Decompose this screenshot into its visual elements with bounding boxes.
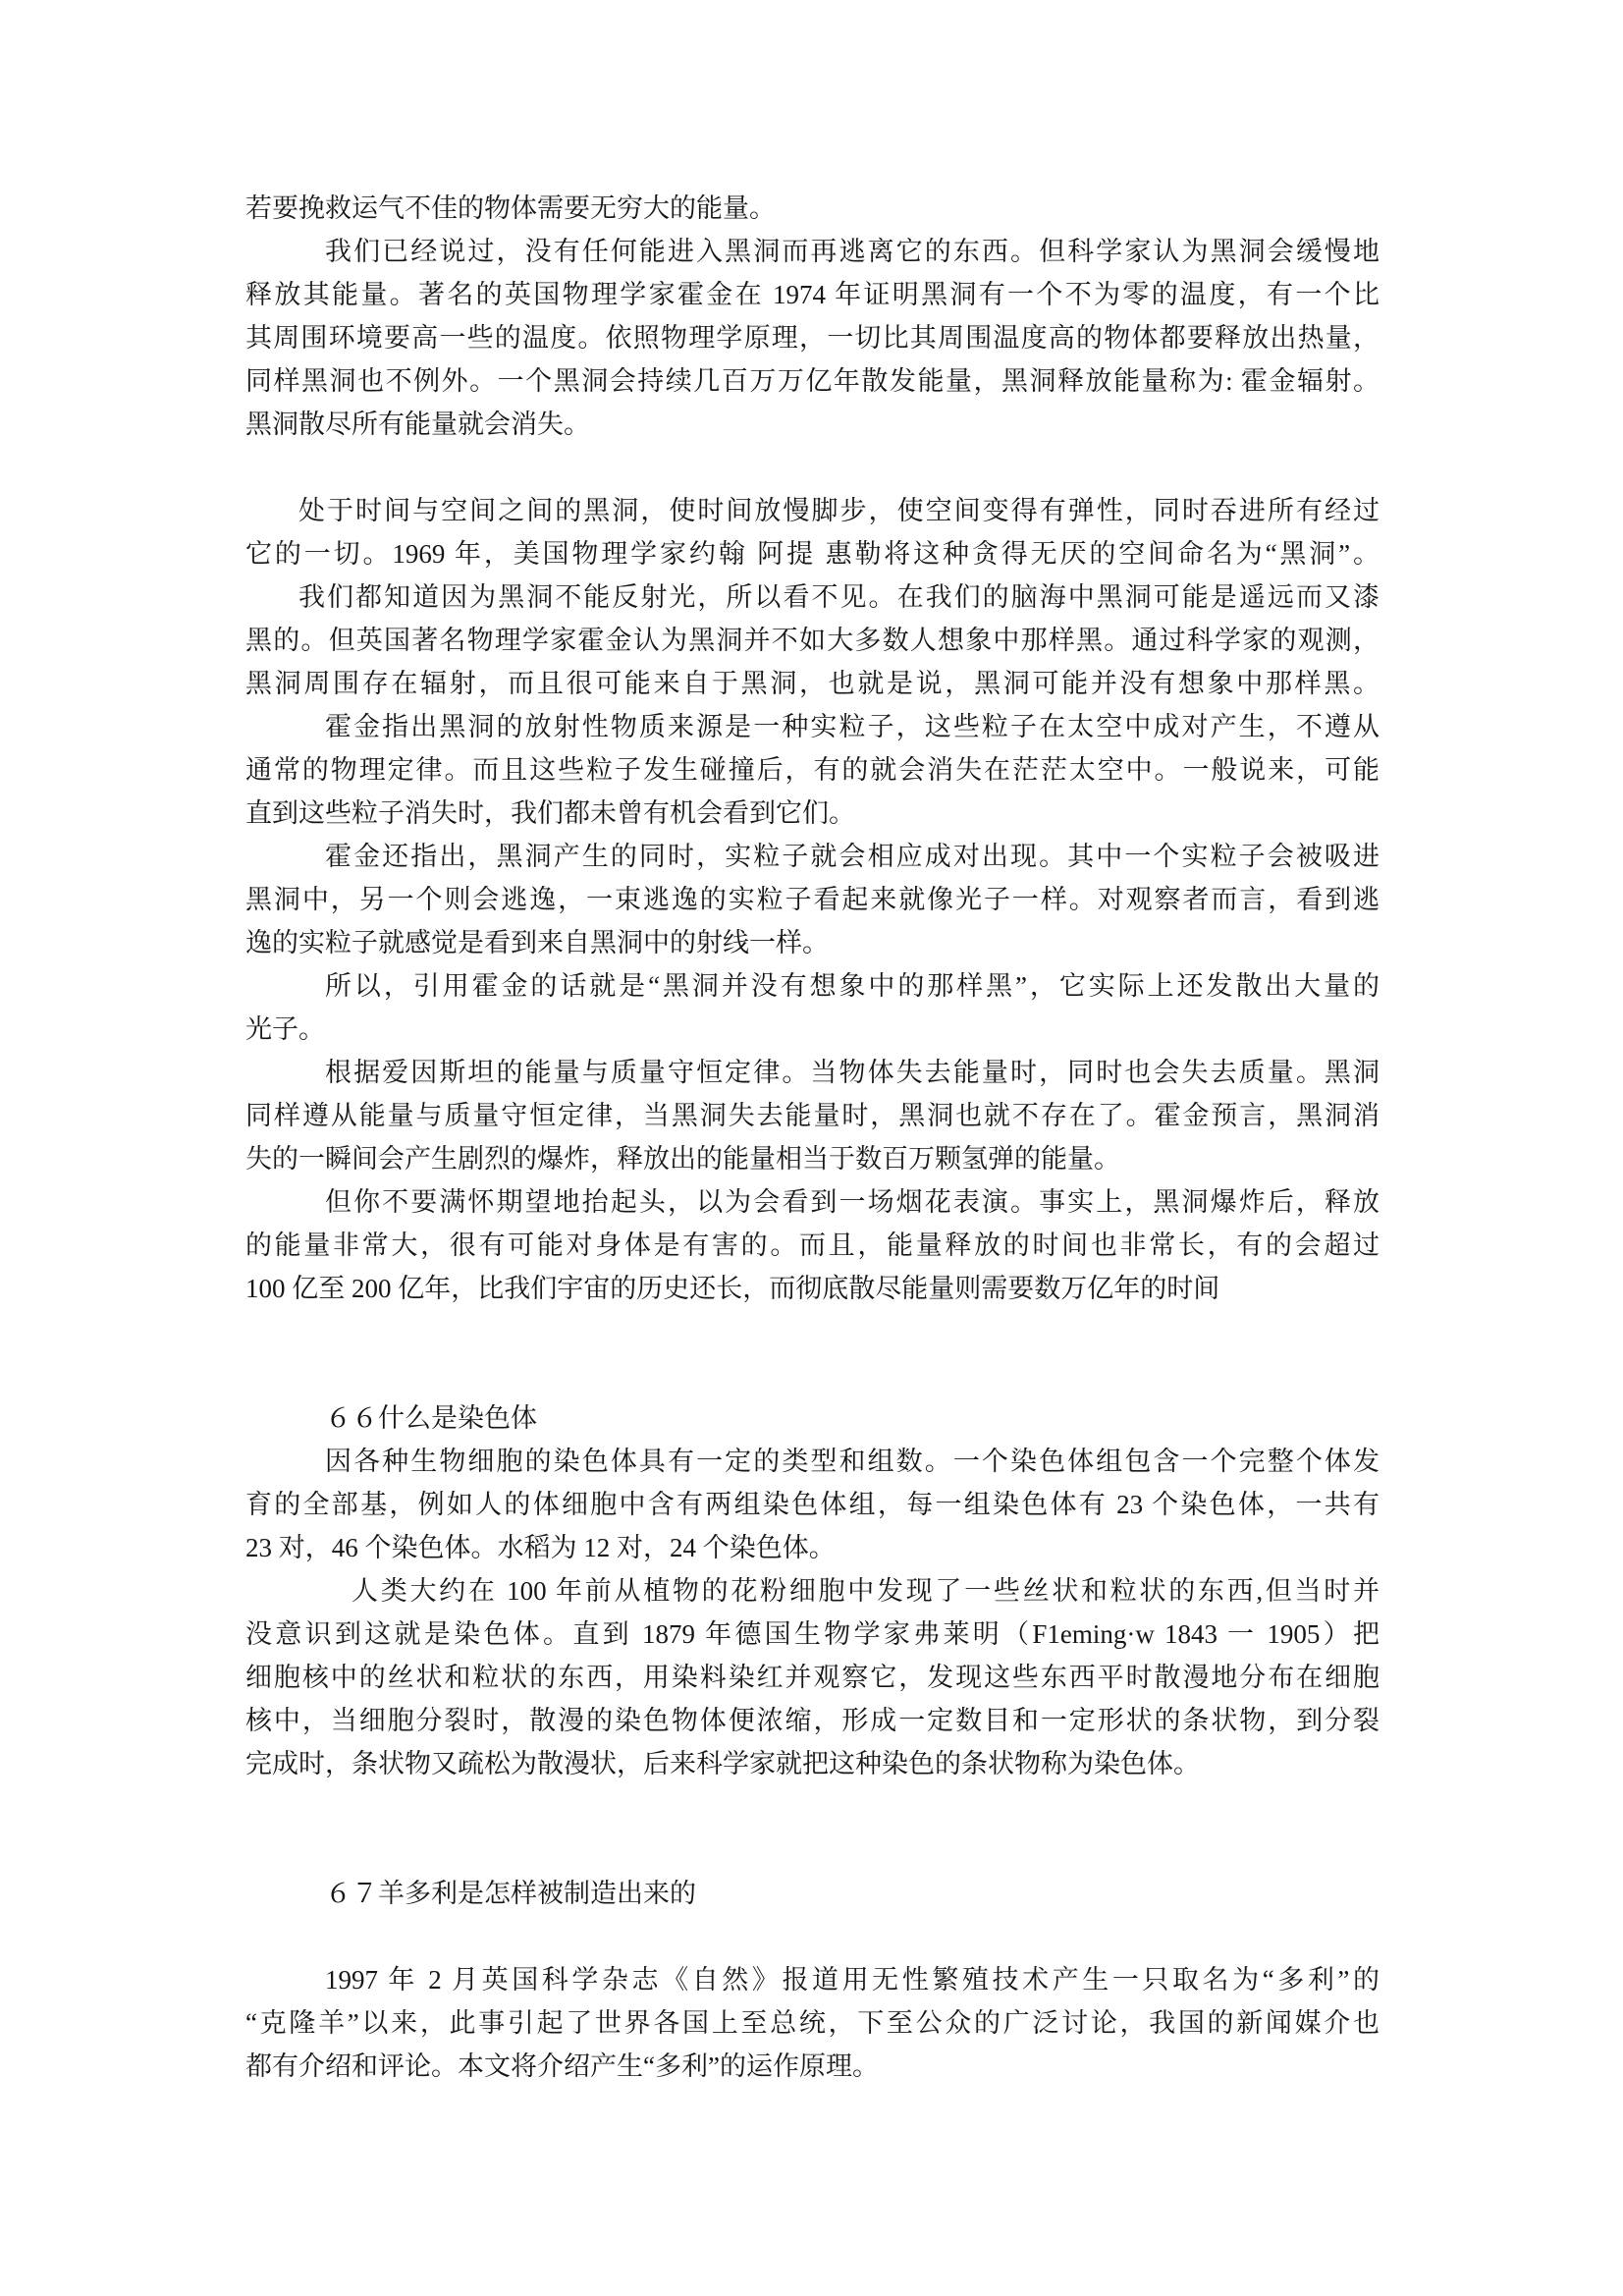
text-line: 黑洞中，另一个则会逃逸，一束逃逸的实粒子看起来就像光子一样。对观察者而言，看到逃 xyxy=(245,878,1380,921)
text-line: 其周围环境要高一些的温度。依照物理学原理，一切比其周围温度高的物体都要释放出热量… xyxy=(245,316,1380,359)
text-line: 根据爱因斯坦的能量与质量守恒定律。当物体失去能量时，同时也会失去质量。黑洞 xyxy=(325,1051,1380,1094)
text-line: 释放其能量。著名的英国物理学家霍金在 1974 年证明黑洞有一个不为零的温度，有… xyxy=(245,273,1380,316)
text-line: 处于时间与空间之间的黑洞，使时间放慢脚步，使空间变得有弹性，同时吞进所有经过 xyxy=(298,489,1380,532)
text-line: 通常的物理定律。而且这些粒子发生碰撞后，有的就会消失在茫茫太空中。一般说来，可能 xyxy=(245,748,1380,792)
text-line: 所以，引用霍金的话就是“黑洞并没有想象中的那样黑”，它实际上还发散出大量的 xyxy=(325,964,1380,1008)
text-line: 没意识到这就是染色体。直到 1879 年德国生物学家弗莱明（F1eming·w … xyxy=(245,1613,1380,1656)
section-heading: ６７羊多利是怎样被制造出来的 xyxy=(325,1872,1380,1915)
text-line: 它的一切。1969 年，美国物理学家约翰 阿提 惠勒将这种贪得无厌的空间命名为“… xyxy=(245,532,1380,575)
section-heading: ６６什么是染色体 xyxy=(325,1396,1380,1440)
text-line: 霍金指出黑洞的放射性物质来源是一种实粒子，这些粒子在太空中成对产生，不遵从 xyxy=(325,705,1380,748)
text-line: 因各种生物细胞的染色体具有一定的类型和组数。一个染色体组包含一个完整个体发 xyxy=(325,1440,1380,1483)
text-line: 同样遵从能量与质量守恒定律，当黑洞失去能量时，黑洞也就不存在了。霍金预言，黑洞消 xyxy=(245,1094,1380,1137)
text-line: 都有介绍和评论。本文将介绍产生“多利”的运作原理。 xyxy=(245,2045,1380,2088)
text-line: 光子。 xyxy=(245,1008,1380,1051)
page-text: 若要挽救运气不佳的物体需要无穷大的能量。我们已经说过，没有任何能进入黑洞而再逃离… xyxy=(245,187,1380,2088)
text-line: 核中，当细胞分裂时，散漫的染色物体便浓缩，形成一定数目和一定形状的条状物，到分裂 xyxy=(245,1699,1380,1742)
text-line: 细胞核中的丝状和粒状的东西，用染料染红并观察它，发现这些东西平时散漫地分布在细胞 xyxy=(245,1656,1380,1699)
text-line: 100 亿至 200 亿年，比我们宇宙的历史还长，而彻底散尽能量则需要数万亿年的… xyxy=(245,1267,1380,1310)
text-line: 人类大约在 100 年前从植物的花粉细胞中发现了一些丝状和粒状的东西,但当时并 xyxy=(352,1569,1380,1613)
text-line: 黑洞周围存在辐射，而且很可能来自于黑洞，也就是说，黑洞可能并没有想象中那样黑。 xyxy=(245,662,1380,705)
text-line: 霍金还指出，黑洞产生的同时，实粒子就会相应成对出现。其中一个实粒子会被吸进 xyxy=(325,835,1380,878)
text-line: 的能量非常大，很有可能对身体是有害的。而且，能量释放的时间也非常长，有的会超过 xyxy=(245,1224,1380,1267)
text-line: 1997 年 2 月英国科学杂志《自然》报道用无性繁殖技术产生一只取名为“多利”… xyxy=(325,1958,1380,2001)
document-page: 若要挽救运气不佳的物体需要无穷大的能量。我们已经说过，没有任何能进入黑洞而再逃离… xyxy=(0,0,1623,2296)
text-line: 直到这些粒子消失时，我们都未曾有机会看到它们。 xyxy=(245,792,1380,835)
text-line: 我们都知道因为黑洞不能反射光，所以看不见。在我们的脑海中黑洞可能是遥远而又漆 xyxy=(298,575,1380,619)
text-line: 同样黑洞也不例外。一个黑洞会持续几百万万亿年散发能量，黑洞释放能量称为: 霍金辐… xyxy=(245,359,1380,403)
text-line: 黑洞散尽所有能量就会消失。 xyxy=(245,403,1380,446)
text-line: “克隆羊”以来，此事引起了世界各国上至总统，下至公众的广泛讨论，我国的新闻媒介也 xyxy=(245,2001,1380,2045)
text-line: 完成时，条状物又疏松为散漫状，后来科学家就把这种染色的条状物称为染色体。 xyxy=(245,1742,1380,1785)
text-line: 育的全部基，例如人的体细胞中含有两组染色体组，每一组染色体有 23 个染色体，一… xyxy=(245,1483,1380,1526)
text-line: 但你不要满怀期望地抬起头，以为会看到一场烟花表演。事实上，黑洞爆炸后，释放 xyxy=(325,1180,1380,1224)
text-line: 黑的。但英国著名物理学家霍金认为黑洞并不如大多数人想象中那样黑。通过科学家的观测… xyxy=(245,619,1380,662)
text-line: 我们已经说过，没有任何能进入黑洞而再逃离它的东西。但科学家认为黑洞会缓慢地 xyxy=(325,230,1380,273)
text-line: 23 对，46 个染色体。水稻为 12 对，24 个染色体。 xyxy=(245,1526,1380,1569)
text-line: 若要挽救运气不佳的物体需要无穷大的能量。 xyxy=(245,187,1380,230)
text-line: 逸的实粒子就感觉是看到来自黑洞中的射线一样。 xyxy=(245,921,1380,964)
text-line: 失的一瞬间会产生剧烈的爆炸，释放出的能量相当于数百万颗氢弹的能量。 xyxy=(245,1137,1380,1180)
